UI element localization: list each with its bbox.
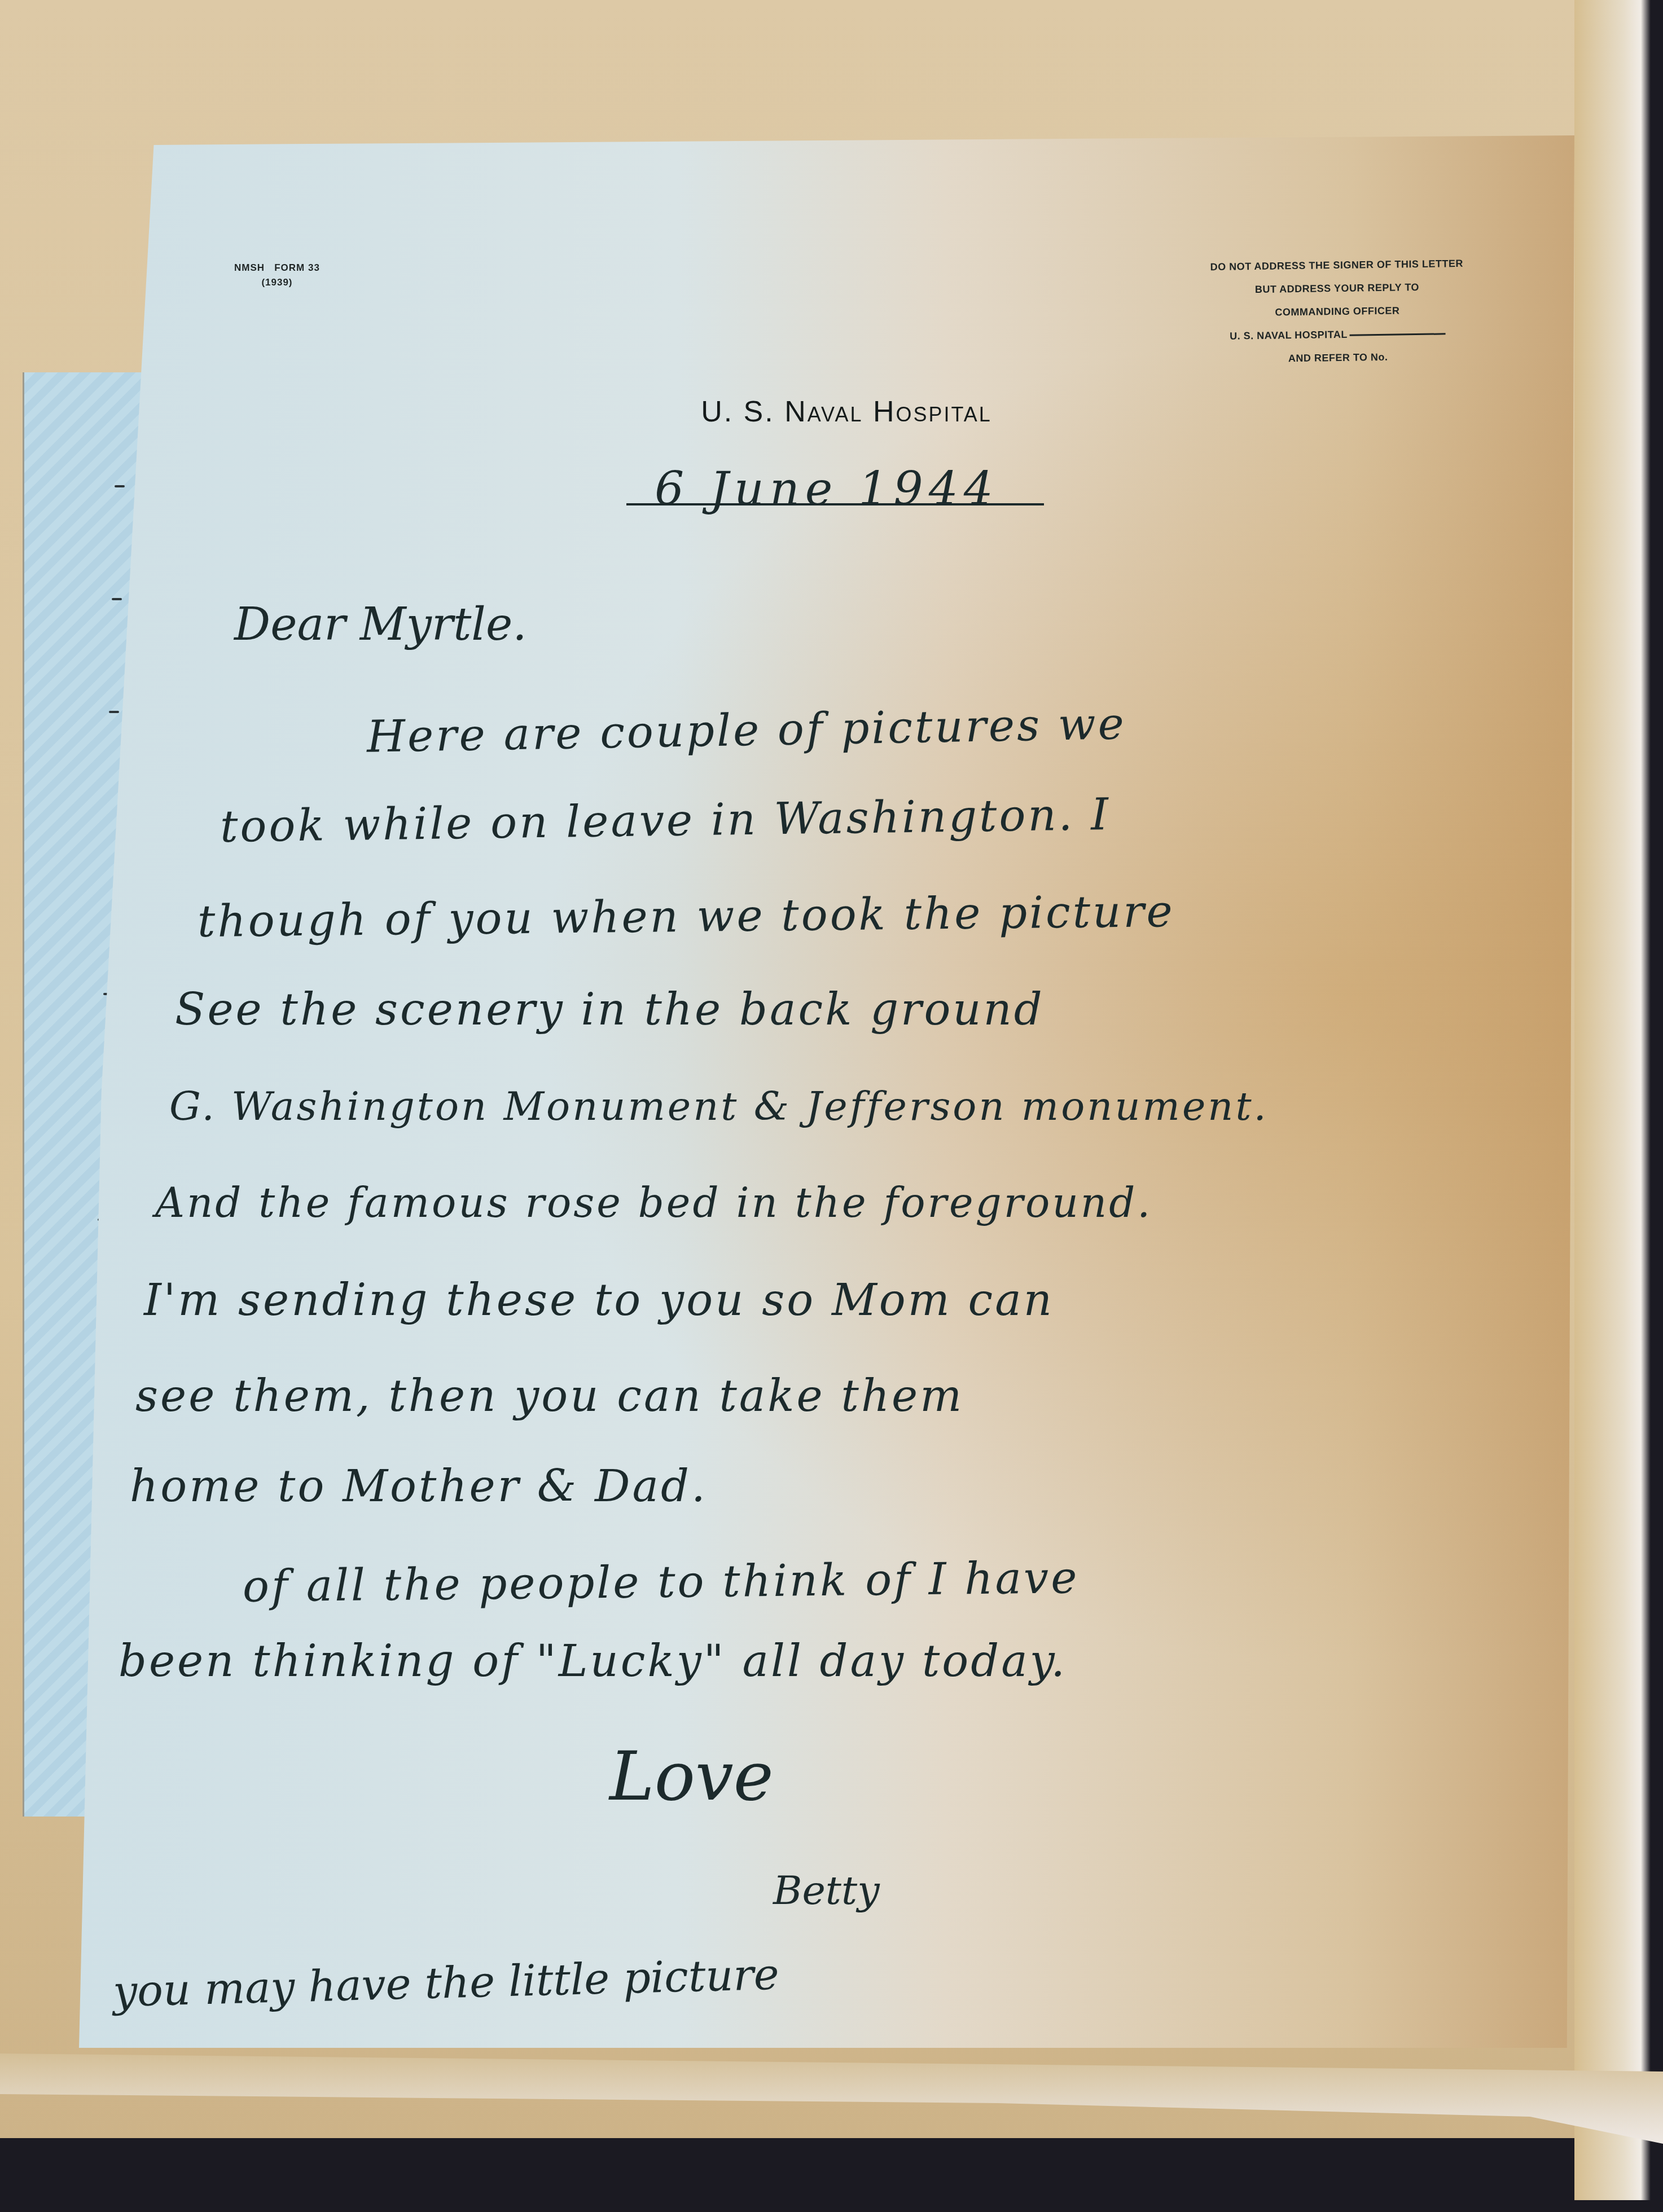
folder-edge <box>1574 0 1663 2200</box>
card-ink-mark <box>109 711 119 713</box>
card-ink-mark <box>112 598 122 600</box>
reply-notice-line: DO NOT ADDRESS THE SIGNER OF THIS LETTER <box>1179 252 1495 279</box>
form-number: NMSH FORM 33 <box>234 261 320 275</box>
body-line: see them, then you can take them <box>135 1371 964 1422</box>
body-line: G. Washington Monument & Jefferson monum… <box>169 1083 1269 1129</box>
signature: Betty <box>773 1867 880 1914</box>
reply-notice-hospital: U. S. NAVAL HOSPITAL <box>1230 329 1348 342</box>
date-underline <box>626 503 1044 505</box>
form-code: NMSH FORM 33 (1939) <box>234 261 320 290</box>
reply-notice: DO NOT ADDRESS THE SIGNER OF THIS LETTER… <box>1179 252 1497 372</box>
reply-notice-line: AND REFER TO No. <box>1180 344 1497 372</box>
body-line: See the scenery in the back ground <box>175 984 1045 1035</box>
form-year: (1939) <box>234 275 320 290</box>
body-line: of all the people to think of I have <box>243 1553 1080 1612</box>
card-ink-mark <box>115 485 125 487</box>
reply-blank-line <box>1350 333 1446 336</box>
body-line: home to Mother & Dad. <box>130 1461 708 1512</box>
letter-date: 6 June 1944 <box>655 463 999 516</box>
salutation: Dear Myrtle. <box>234 598 527 650</box>
body-line: And the famous rose bed in the foregroun… <box>155 1179 1152 1226</box>
closing: Love <box>609 1738 774 1816</box>
body-line: I'm sending these to you so Mom can <box>144 1275 1054 1326</box>
letterhead-title: U. S. Naval Hospital <box>621 395 1072 429</box>
body-line: been thinking of "Lucky" all day today. <box>119 1636 1067 1687</box>
body-line: though of you when we took the picture <box>198 886 1175 947</box>
